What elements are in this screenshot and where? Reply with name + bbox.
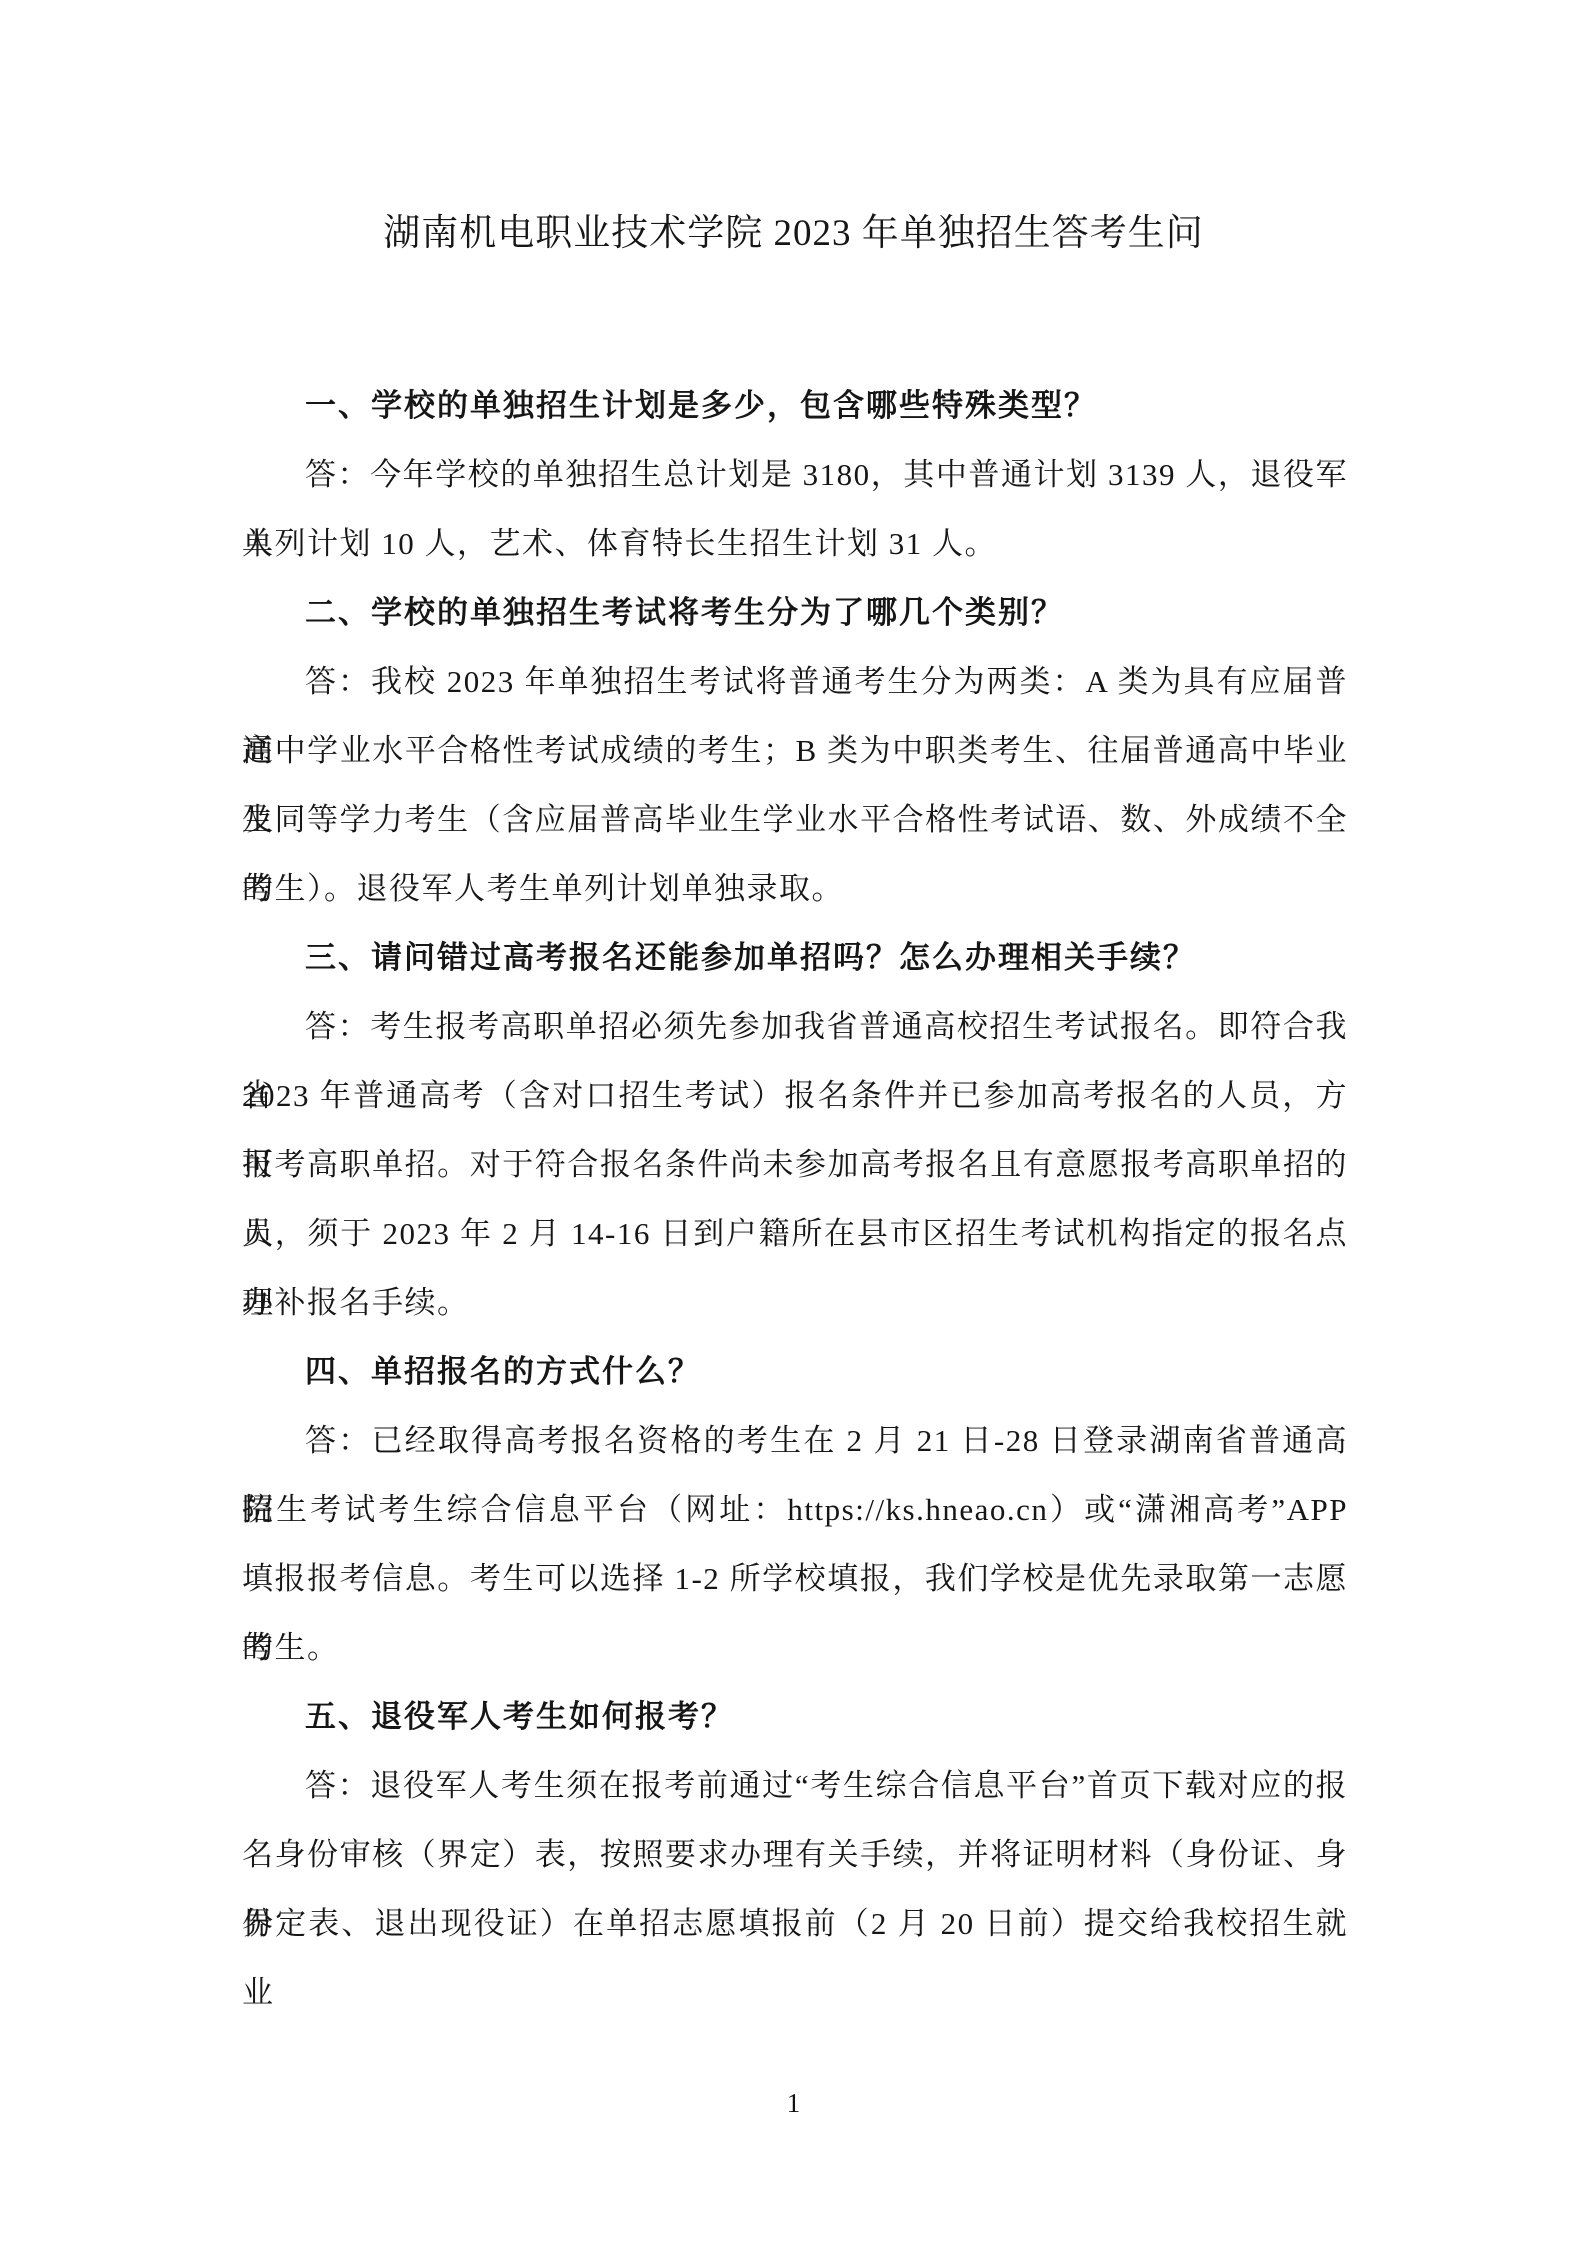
answer-2-line-2: 高中学业水平合格性考试成绩的考生；B 类为中职类考生、往届普通高中毕业生 <box>242 716 1348 785</box>
question-5: 五、退役军人考生如何报考？ <box>242 1682 1348 1751</box>
question-1: 一、学校的单独招生计划是多少，包含哪些特殊类型？ <box>242 371 1348 440</box>
answer-1-line-2: 单列计划 10 人，艺术、体育特长生招生计划 31 人。 <box>242 509 1348 578</box>
question-2: 二、学校的单独招生考试将考生分为了哪几个类别？ <box>242 578 1348 647</box>
question-3: 三、请问错过高考报名还能参加单招吗？怎么办理相关手续？ <box>242 923 1348 992</box>
document-body: 一、学校的单独招生计划是多少，包含哪些特殊类型？ 答：今年学校的单独招生总计划是… <box>242 371 1348 1958</box>
answer-4-line-4: 考生。 <box>242 1613 1348 1682</box>
page-number: 1 <box>0 2069 1587 2138</box>
answer-1-line-1: 答：今年学校的单独招生总计划是 3180，其中普通计划 3139 人，退役军人 <box>242 440 1348 509</box>
answer-2-line-4: 考生）。退役军人考生单列计划单独录取。 <box>242 854 1348 923</box>
answer-2-line-1: 答：我校 2023 年单独招生考试将普通考生分为两类：A 类为具有应届普通 <box>242 647 1348 716</box>
answer-5-line-3: 界定表、退出现役证）在单招志愿填报前（2 月 20 日前）提交给我校招生就业 <box>242 1889 1348 1958</box>
document-page: 湖南机电职业技术学院 2023 年单独招生答考生问 一、学校的单独招生计划是多少… <box>0 0 1587 2245</box>
answer-5-line-1: 答：退役军人考生须在报考前通过“考生综合信息平台”首页下载对应的报 <box>242 1751 1348 1820</box>
answer-2-line-3: 及同等学力考生（含应届普高毕业生学业水平合格性考试语、数、外成绩不全的 <box>242 785 1348 854</box>
document-title: 湖南机电职业技术学院 2023 年单独招生答考生问 <box>0 199 1587 268</box>
answer-5-line-2: 名身份审核（界定）表，按照要求办理有关手续，并将证明材料（身份证、身份 <box>242 1820 1348 1889</box>
answer-4-line-2: 招生考试考生综合信息平台（网址：https://ks.hneao.cn）或“潇湘… <box>242 1475 1348 1544</box>
answer-4-line-3: 填报报考信息。考生可以选择 1-2 所学校填报，我们学校是优先录取第一志愿的 <box>242 1544 1348 1613</box>
answer-3-line-3: 报考高职单招。对于符合报名条件尚未参加高考报名且有意愿报考高职单招的人 <box>242 1130 1348 1199</box>
answer-3-line-2: 2023 年普通高考（含对口招生考试）报名条件并已参加高考报名的人员，方可 <box>242 1061 1348 1130</box>
answer-3-line-1: 答：考生报考高职单招必须先参加我省普通高校招生考试报名。即符合我省 <box>242 992 1348 1061</box>
answer-4-line-1: 答：已经取得高考报名资格的考生在 2 月 21 日-28 日登录湖南省普通高院 <box>242 1406 1348 1475</box>
answer-3-line-5: 理补报名手续。 <box>242 1268 1348 1337</box>
question-4: 四、单招报名的方式什么？ <box>242 1337 1348 1406</box>
answer-3-line-4: 员，须于 2023 年 2 月 14-16 日到户籍所在县市区招生考试机构指定的… <box>242 1199 1348 1268</box>
